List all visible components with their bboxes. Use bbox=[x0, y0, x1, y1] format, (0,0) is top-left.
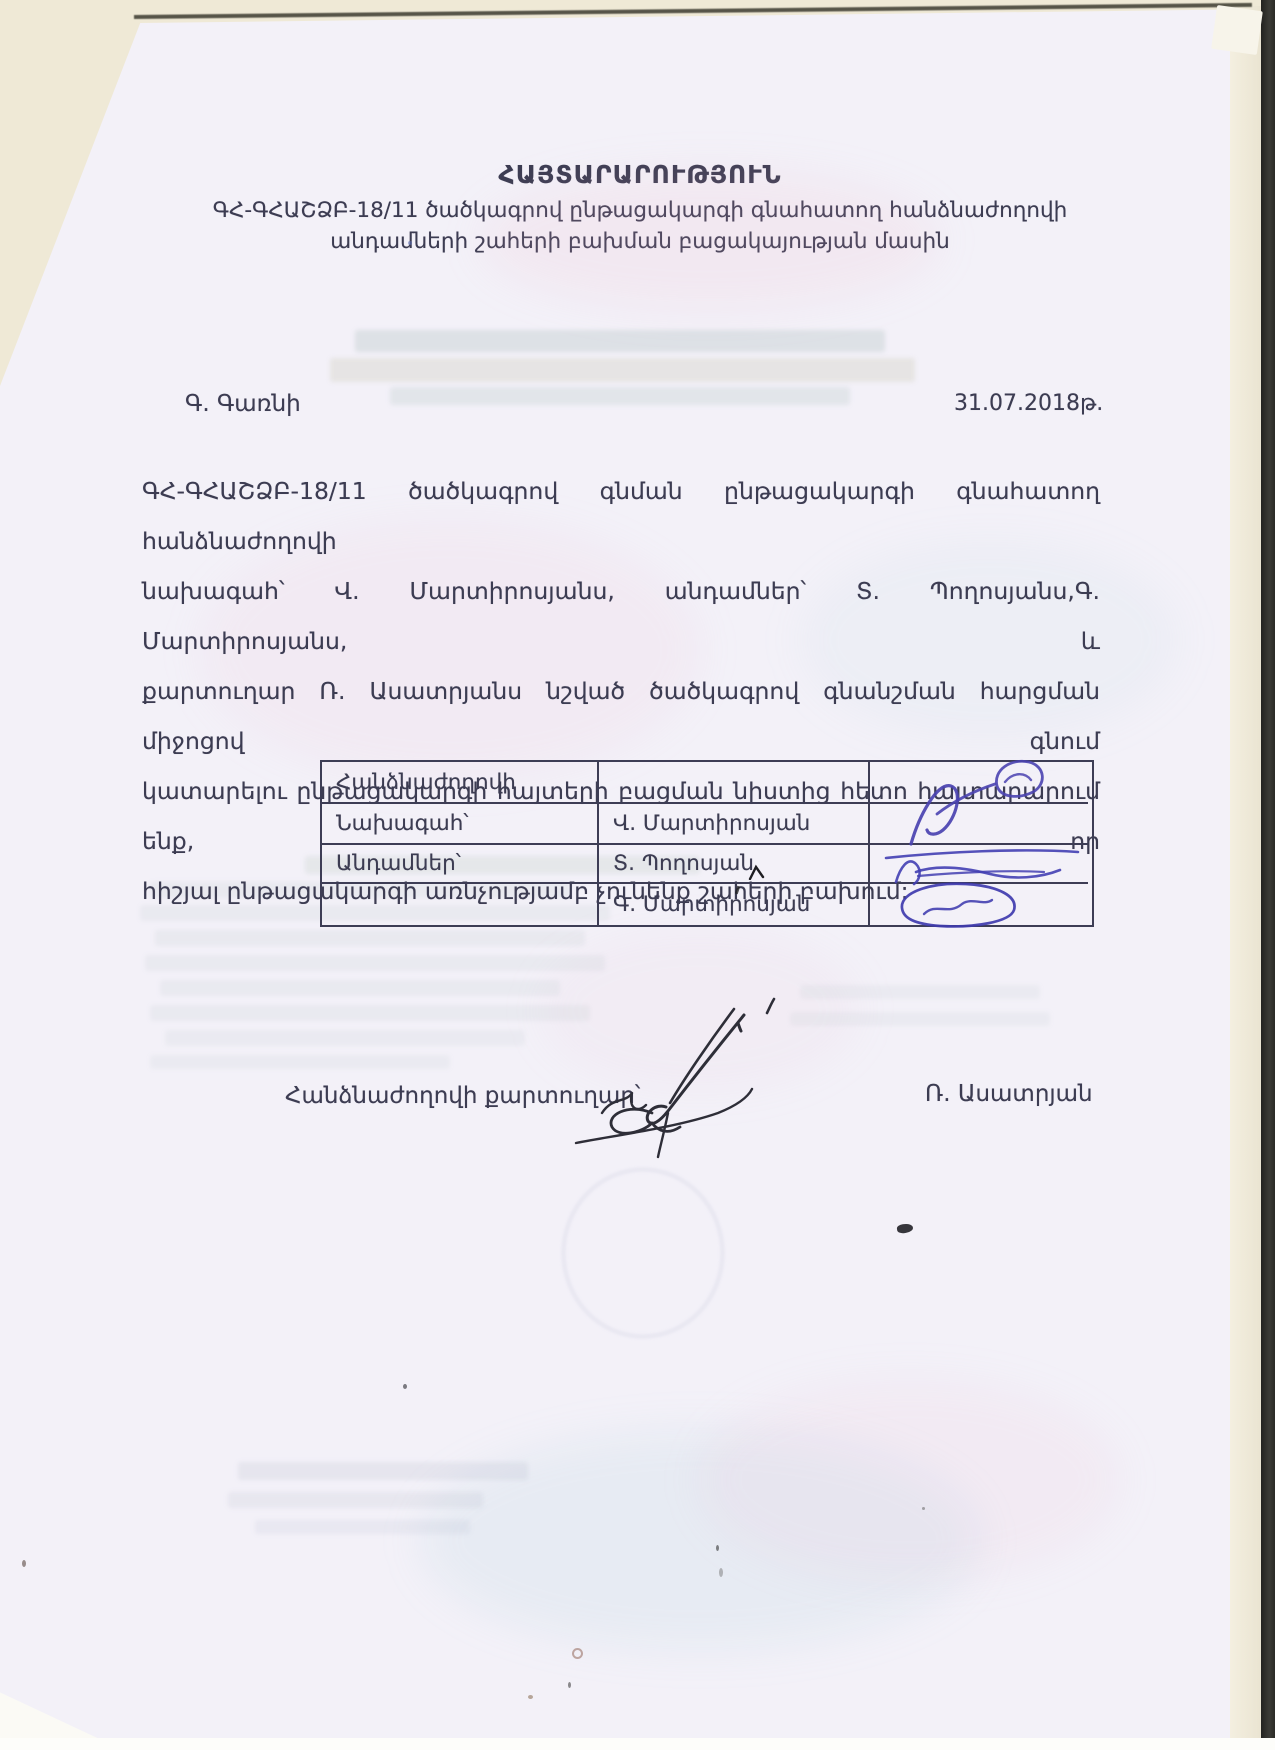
scanner-bed-bottom bbox=[0, 1738, 1275, 1750]
ghost-text bbox=[155, 930, 585, 946]
date-label: 31.07.2018թ. bbox=[954, 391, 1103, 416]
table-cell-role: Հանձնաժողովի bbox=[322, 762, 599, 804]
signature-g-martirosyan bbox=[890, 878, 1025, 930]
ink-speck bbox=[403, 1384, 407, 1389]
place-label: Գ. Գառնի bbox=[185, 391, 301, 417]
ghost-text bbox=[150, 1005, 590, 1021]
table-cell-name: Գ. Մարտիրոսյան bbox=[599, 884, 870, 925]
ghost-text bbox=[355, 330, 885, 352]
table-cell-name bbox=[599, 762, 870, 804]
table-cell-name: Տ. Պողոսյան bbox=[599, 845, 870, 884]
table-cell-role: Անդամներ՝ bbox=[322, 845, 599, 884]
ghost-text bbox=[160, 980, 560, 996]
scan-blotch bbox=[700, 1380, 1120, 1580]
ink-speck bbox=[528, 1695, 533, 1699]
body-line: նախագահ՝ Վ. Մարտիրոսյանս, անդամներ՝ Տ. Պ… bbox=[142, 566, 1100, 666]
ink-speck bbox=[572, 1648, 583, 1659]
caret-mark bbox=[748, 864, 766, 880]
ink-speck bbox=[922, 1507, 925, 1510]
ink-speck bbox=[716, 1545, 719, 1551]
ghost-text bbox=[330, 358, 915, 382]
ghost-text bbox=[238, 1462, 528, 1480]
ghost-stamp-circle bbox=[562, 1168, 724, 1338]
paper-right-edge bbox=[1230, 6, 1264, 1742]
ghost-text bbox=[145, 955, 605, 971]
ink-speck bbox=[22, 1560, 26, 1567]
paper-corner-fold bbox=[1211, 5, 1263, 55]
table-cell-role: Նախագահ՝ bbox=[322, 804, 599, 845]
ink-blob bbox=[896, 1223, 913, 1234]
ghost-text bbox=[255, 1520, 470, 1534]
signature-v-martirosyan bbox=[893, 752, 1053, 852]
document-subtitle-line2: անդամների շահերի բախման բացակայության մա… bbox=[0, 229, 1275, 254]
ghost-text bbox=[228, 1492, 483, 1508]
ink-speck bbox=[719, 1568, 723, 1577]
scanner-shadow-right bbox=[1261, 0, 1275, 1742]
ink-speck bbox=[408, 241, 412, 245]
ink-speck bbox=[300, 787, 303, 790]
ghost-text bbox=[390, 387, 850, 405]
scan-blotch bbox=[420, 1430, 980, 1650]
scanned-document-page: ՀԱՅՏԱՐԱՐՈՒԹՅՈՒՆ ԳՀ-ԳՀԱՇՁԲ-18/11 ծածկագրո… bbox=[0, 0, 1275, 1750]
document-title: ՀԱՅՏԱՐԱՐՈՒԹՅՈՒՆ bbox=[0, 160, 1275, 189]
secretary-name: Ռ. Ասատրյան bbox=[925, 1081, 1093, 1107]
signature-secretary bbox=[568, 985, 788, 1160]
ghost-text bbox=[790, 1012, 1050, 1026]
table-cell-name: Վ. Մարտիրոսյան bbox=[599, 804, 870, 845]
ink-speck bbox=[568, 1682, 571, 1688]
ghost-text bbox=[150, 1055, 450, 1069]
ghost-text bbox=[800, 985, 1040, 999]
body-line: քարտուղար Ռ. Ասատրյանս նշված ծածկագրով գ… bbox=[142, 666, 1100, 766]
document-subtitle-line1: ԳՀ-ԳՀԱՇՁԲ-18/11 ծածկագրով ընթացակարգի գն… bbox=[0, 198, 1275, 223]
ghost-text bbox=[165, 1030, 525, 1046]
table-cell-role bbox=[322, 884, 599, 925]
body-line: ԳՀ-ԳՀԱՇՁԲ-18/11 ծածկագրով գնման ընթացակա… bbox=[142, 466, 1100, 566]
